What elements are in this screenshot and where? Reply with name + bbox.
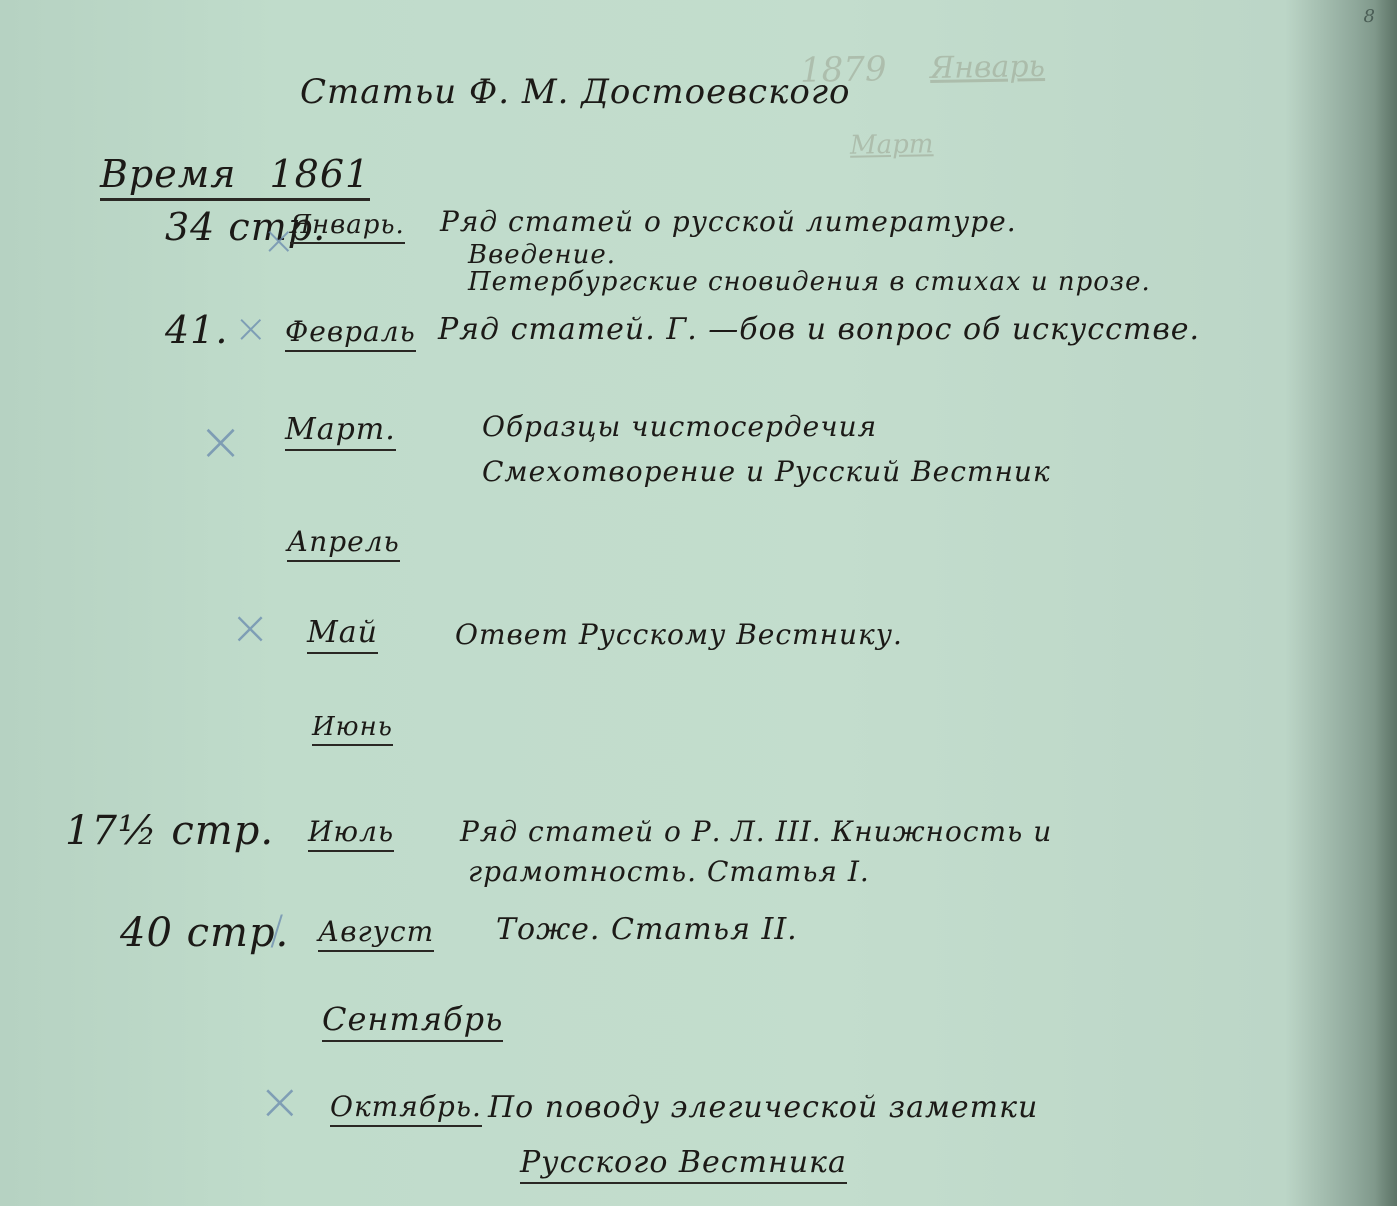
- pencil-check-icon: ×: [234, 306, 268, 352]
- entry-line: грамотность. Статья I.: [468, 855, 870, 888]
- entry-line: По поводу элегической заметки: [488, 1090, 1038, 1125]
- pencil-check-icon: ×: [198, 410, 243, 473]
- entry-month: Февраль: [285, 315, 416, 352]
- entry-price: 17½ стр.: [65, 808, 274, 854]
- entry-month: Август: [318, 915, 434, 952]
- entry-month: Январь.: [290, 210, 405, 244]
- entry-month: Октябрь.: [330, 1090, 482, 1127]
- document-heading: Статьи Ф. М. Достоевского: [300, 72, 851, 112]
- entry-month: Март.: [285, 412, 396, 451]
- entry-price: 41.: [165, 308, 228, 352]
- entry-month: Апрель: [287, 525, 400, 562]
- entry-month: Июнь: [312, 712, 393, 746]
- entry-line: Ответ Русскому Вестнику.: [455, 618, 903, 651]
- entry-line: Тоже. Статья II.: [496, 912, 798, 947]
- entry-line: Образцы чистосердечия: [482, 410, 877, 443]
- pencil-check-icon: ×: [258, 1072, 302, 1132]
- entry-month: Июль: [308, 815, 394, 852]
- page-edge-shadow: [1375, 0, 1397, 1206]
- entry-line: Смехотворение и Русский Вестник: [482, 455, 1051, 488]
- entry-line: Ряд статей о Р. Л. III. Книжность и: [460, 815, 1052, 848]
- entry-price: 40 стр.: [120, 910, 289, 956]
- entry-month: Май: [307, 615, 378, 654]
- entry-month: Сентябрь: [322, 1000, 503, 1042]
- pencil-slash-icon: /: [270, 908, 283, 954]
- ghost-month-2: Март: [850, 129, 934, 160]
- entry-line: Русского Вестника: [520, 1145, 847, 1184]
- pencil-check-icon: ×: [230, 600, 270, 656]
- journal-title: Время 1861: [100, 152, 370, 201]
- ghost-month-1: Январь: [930, 49, 1045, 86]
- entry-line: Введение.: [468, 240, 616, 270]
- manuscript-page: 1879 Январь Март 8 Статьи Ф. М. Достоевс…: [0, 0, 1397, 1206]
- entry-line: Ряд статей о русской литературе.: [440, 205, 1017, 238]
- entry-line: Петербургские сновидения в стихах и проз…: [468, 267, 1151, 297]
- journal-year: 1861: [270, 152, 371, 196]
- journal-name: Время: [100, 152, 236, 196]
- page-number: 8: [1364, 6, 1375, 27]
- entry-line: Ряд статей. Г. —бов и вопрос об искусств…: [438, 312, 1200, 347]
